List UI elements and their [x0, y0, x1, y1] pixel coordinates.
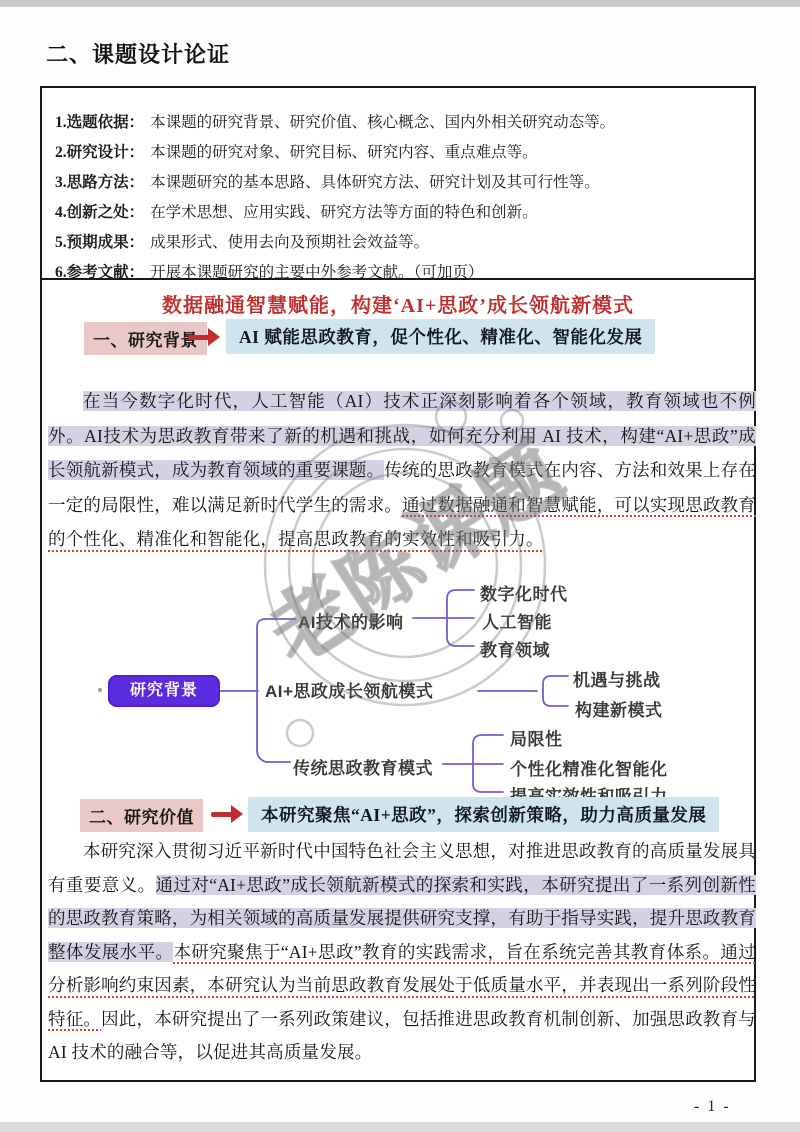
photo-edge-bottom	[0, 1122, 800, 1132]
section2-heading: 二、研究价值	[80, 799, 203, 832]
guideline-item: 5.预期成果：成果形式、使用去向及预期社会效益等。	[55, 228, 754, 258]
mindmap-branch: 传统思政教育模式	[293, 754, 433, 779]
paragraph-background: 在当今数字化时代，人工智能（AI）技术正深刻影响着各个领域，教育领域也不例外。A…	[48, 384, 756, 557]
mindmap-branch: AI+思政成长领航模式	[265, 677, 433, 702]
guideline-label: 2.研究设计：	[55, 144, 144, 161]
guideline-item: 2.研究设计：本课题的研究对象、研究目标、研究内容、重点难点等。	[55, 138, 754, 168]
guideline-text: 开展本课题研究的主要中外参考文献。（可加页）	[150, 264, 483, 281]
mindmap-leaf: 数字化时代	[480, 580, 568, 605]
mindmap-leaf: 机遇与挑战	[573, 666, 661, 691]
page-heading: 二、课题设计论证	[46, 38, 230, 69]
mindmap-anchor-dot	[98, 688, 102, 692]
para2-segment-plain: 因此，本研究提出了一系列政策建议，包括推进思政教育机制创新、加强思政教育与 AI…	[48, 1009, 756, 1063]
mindmap-leaf: 教育领域	[480, 636, 550, 661]
section2-banner: 本研究聚焦“AI+思政”，探索创新策略，助力高质量发展	[248, 797, 719, 832]
red-arrow-icon	[211, 805, 245, 823]
guideline-label: 6.参考文献：	[55, 264, 144, 281]
mindmap-leaf: 个性化精准化智能化	[510, 755, 668, 780]
page-number: - 1 -	[694, 1098, 731, 1116]
guideline-label: 1.选题依据：	[55, 114, 144, 131]
guideline-list: 1.选题依据：本课题的研究背景、研究价值、核心概念、国内外相关研究动态等。 2.…	[42, 88, 754, 280]
guideline-item: 6.参考文献：开展本课题研究的主要中外参考文献。（可加页）	[55, 258, 754, 288]
paragraph-value: 本研究深入贯彻习近平新时代中国特色社会主义思想，对推进思政教育的高质量发展具有重…	[48, 835, 756, 1070]
guideline-item: 3.思路方法：本课题研究的基本思路、具体研究方法、研究计划及其可行性等。	[55, 168, 754, 198]
photo-edge-top	[0, 0, 800, 7]
guideline-item: 4.创新之处：在学术思想、应用实践、研究方法等方面的特色和创新。	[55, 198, 754, 228]
scanned-proposal-page: { "colors":{"red":"#c22d2d","pink":"#eac…	[0, 0, 800, 1132]
red-arrow-icon	[188, 328, 222, 346]
guideline-text: 本课题的研究对象、研究目标、研究内容、重点难点等。	[150, 144, 538, 161]
mindmap-leaf: 构建新模式	[575, 696, 663, 721]
guideline-text: 本课题的研究背景、研究价值、核心概念、国内外相关研究动态等。	[150, 114, 615, 131]
guideline-label: 3.思路方法：	[55, 174, 144, 191]
section1-banner: AI 赋能思政教育，促个性化、精准化、智能化发展	[226, 319, 655, 354]
guideline-text: 在学术思想、应用实践、研究方法等方面的特色和创新。	[150, 204, 538, 221]
proposal-title: 数据融通智慧赋能，构建‘AI+思政’成长领航新模式	[40, 289, 756, 318]
mindmap-leaf: 人工智能	[482, 608, 552, 633]
guideline-item: 1.选题依据：本课题的研究背景、研究价值、核心概念、国内外相关研究动态等。	[55, 108, 754, 138]
mindmap-branch: AI技术的影响	[298, 608, 404, 633]
guideline-text: 成果形式、使用去向及预期社会效益等。	[150, 234, 429, 251]
mindmap-root-node: 研究背景	[108, 675, 220, 707]
mindmap-leaf: 局限性	[510, 725, 563, 750]
guideline-label: 5.预期成果：	[55, 234, 144, 251]
guideline-label: 4.创新之处：	[55, 204, 144, 221]
guideline-text: 本课题研究的基本思路、具体研究方法、研究计划及其可行性等。	[150, 174, 600, 191]
